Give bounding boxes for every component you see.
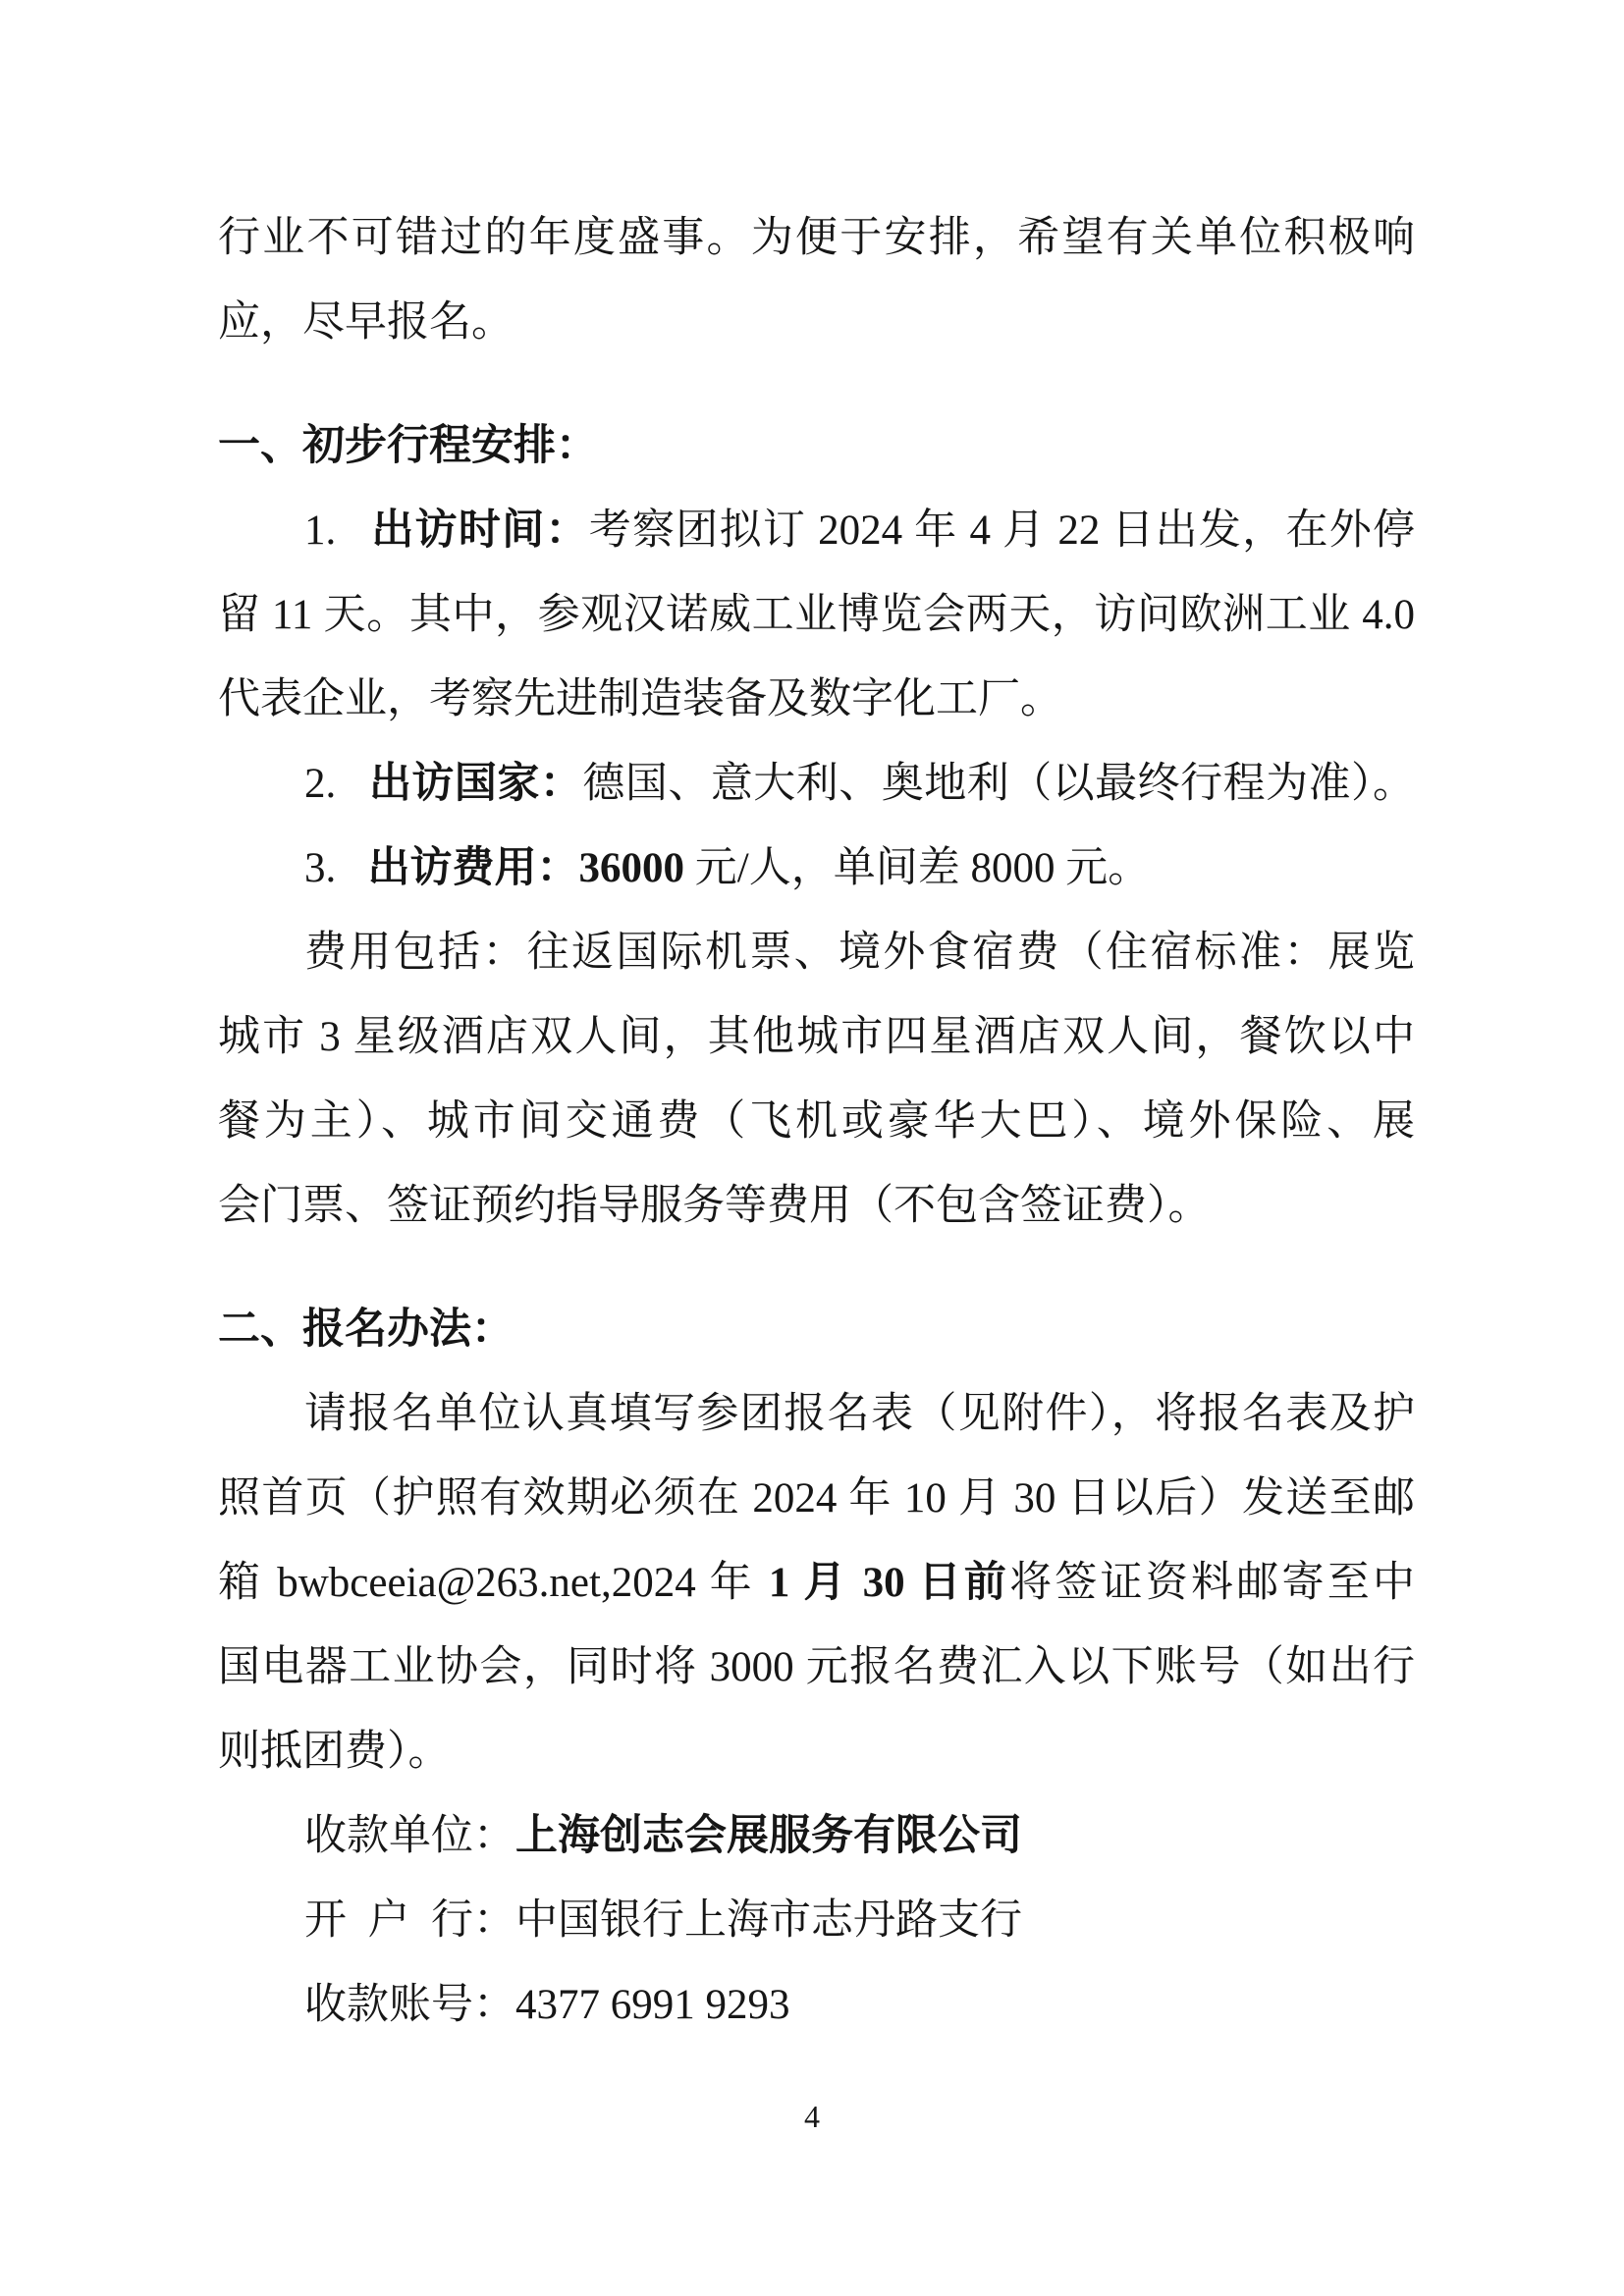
text-run: 上海创志会展服务有限公司 [515,1813,1022,1859]
text-run: 德国、意大利、奥地利（以最终行程为准）。 [582,761,1415,807]
text-line: 1. 出访时间：考察团拟订 2024 年 4 月 22 日出发，在外停 [218,489,1415,573]
text-run: 一、初步行程安排： [218,423,598,469]
text-line: 会门票、签证预约指导服务等费用（不包含签证费）。 [218,1164,1415,1249]
heading-line: 二、报名办法： [218,1288,1415,1372]
text-run: 行业不可错过的年度盛事。为便于安排，希望有关单位积极响 [218,215,1415,261]
text-run: 费用包括：往返国际机票、境外食宿费（住宿标准：展览 [304,930,1415,976]
text-run: 元/人，单间差 8000 元。 [695,845,1150,891]
text-run: 会门票、签证预约指导服务等费用（不包含签证费）。 [218,1183,1211,1229]
text-line: 行业不可错过的年度盛事。为便于安排，希望有关单位积极响 [218,196,1415,281]
text-line: 收款单位：上海创志会展服务有限公司 [218,1794,1415,1879]
text-run: 应，尽早报名。 [218,299,514,346]
text-line: 则抵团费）。 [218,1710,1415,1794]
text-run: 餐为主）、城市间交通费（飞机或豪华大巴）、境外保险、展 [218,1098,1415,1145]
text-line: 照首页（护照有效期必须在 2024 年 10 月 30 日以后）发送至邮 [218,1457,1415,1541]
text-run: 请报名单位认真填写参团报名表（见附件），将报名表及护 [304,1391,1415,1437]
text-line: 应，尽早报名。 [218,281,1415,365]
text-line: 箱 bwbceeia@263.net,2024 年 1 月 30 日前将签证资料… [218,1541,1415,1626]
text-run: 国电器工业协会，同时将 3000 元报名费汇入以下账号（如出行 [218,1644,1415,1690]
document-page: 行业不可错过的年度盛事。为便于安排，希望有关单位积极响应，尽早报名。一、初步行程… [0,0,1624,2296]
text-line: 收款账号：4377 6991 9293 [218,1963,1415,2048]
document-body: 行业不可错过的年度盛事。为便于安排，希望有关单位积极响应，尽早报名。一、初步行程… [218,196,1415,2048]
text-run: 照首页（护照有效期必须在 2024 年 10 月 30 日以后）发送至邮 [218,1475,1415,1522]
text-line: 餐为主）、城市间交通费（飞机或豪华大巴）、境外保险、展 [218,1080,1415,1164]
page-number: 4 [0,2087,1624,2146]
text-run: 出访国家： [369,761,582,807]
text-line: 费用包括：往返国际机票、境外食宿费（住宿标准：展览 [218,911,1415,995]
text-run: 1 月 30 日前 [769,1560,1009,1606]
text-run: 3. [304,845,368,891]
text-line: 3. 出访费用：36000 元/人，单间差 8000 元。 [218,827,1415,911]
text-line: 开 户 行：中国银行上海市志丹路支行 [218,1879,1415,1963]
text-run: 1. [304,507,371,554]
heading-line: 一、初步行程安排： [218,404,1415,489]
text-line: 代表企业，考察先进制造装备及数字化工厂。 [218,658,1415,742]
text-run: 二、报名办法： [218,1307,514,1353]
text-run: 则抵团费）。 [218,1729,451,1775]
text-line: 城市 3 星级酒店双人间，其他城市四星酒店双人间，餐饮以中 [218,995,1415,1080]
text-run: 2. [304,761,369,807]
text-run: 箱 bwbceeia@263.net,2024 年 [218,1560,769,1606]
text-line: 留 11 天。其中，参观汉诺威工业博览会两天，访问欧洲工业 4.0 [218,573,1415,658]
text-line: 请报名单位认真填写参团报名表（见附件），将报名表及护 [218,1372,1415,1457]
text-run: 收款账号：4377 6991 9293 [304,1982,790,2028]
text-run: 将签证资料邮寄至中 [1009,1560,1415,1606]
text-line: 国电器工业协会，同时将 3000 元报名费汇入以下账号（如出行 [218,1626,1415,1710]
text-run: 代表企业，考察先进制造装备及数字化工厂。 [218,676,1062,722]
text-run: 开 户 行：中国银行上海市志丹路支行 [304,1897,1022,1944]
text-run: 考察团拟订 2024 年 4 月 22 日出发，在外停 [589,507,1415,554]
text-run: 收款单位： [304,1813,515,1859]
text-run: 出访费用：36000 [368,845,695,891]
text-line: 2. 出访国家：德国、意大利、奥地利（以最终行程为准）。 [218,742,1415,827]
text-run: 出访时间： [371,507,588,554]
text-run: 留 11 天。其中，参观汉诺威工业博览会两天，访问欧洲工业 4.0 [218,592,1415,638]
text-run: 城市 3 星级酒店双人间，其他城市四星酒店双人间，餐饮以中 [218,1014,1415,1060]
